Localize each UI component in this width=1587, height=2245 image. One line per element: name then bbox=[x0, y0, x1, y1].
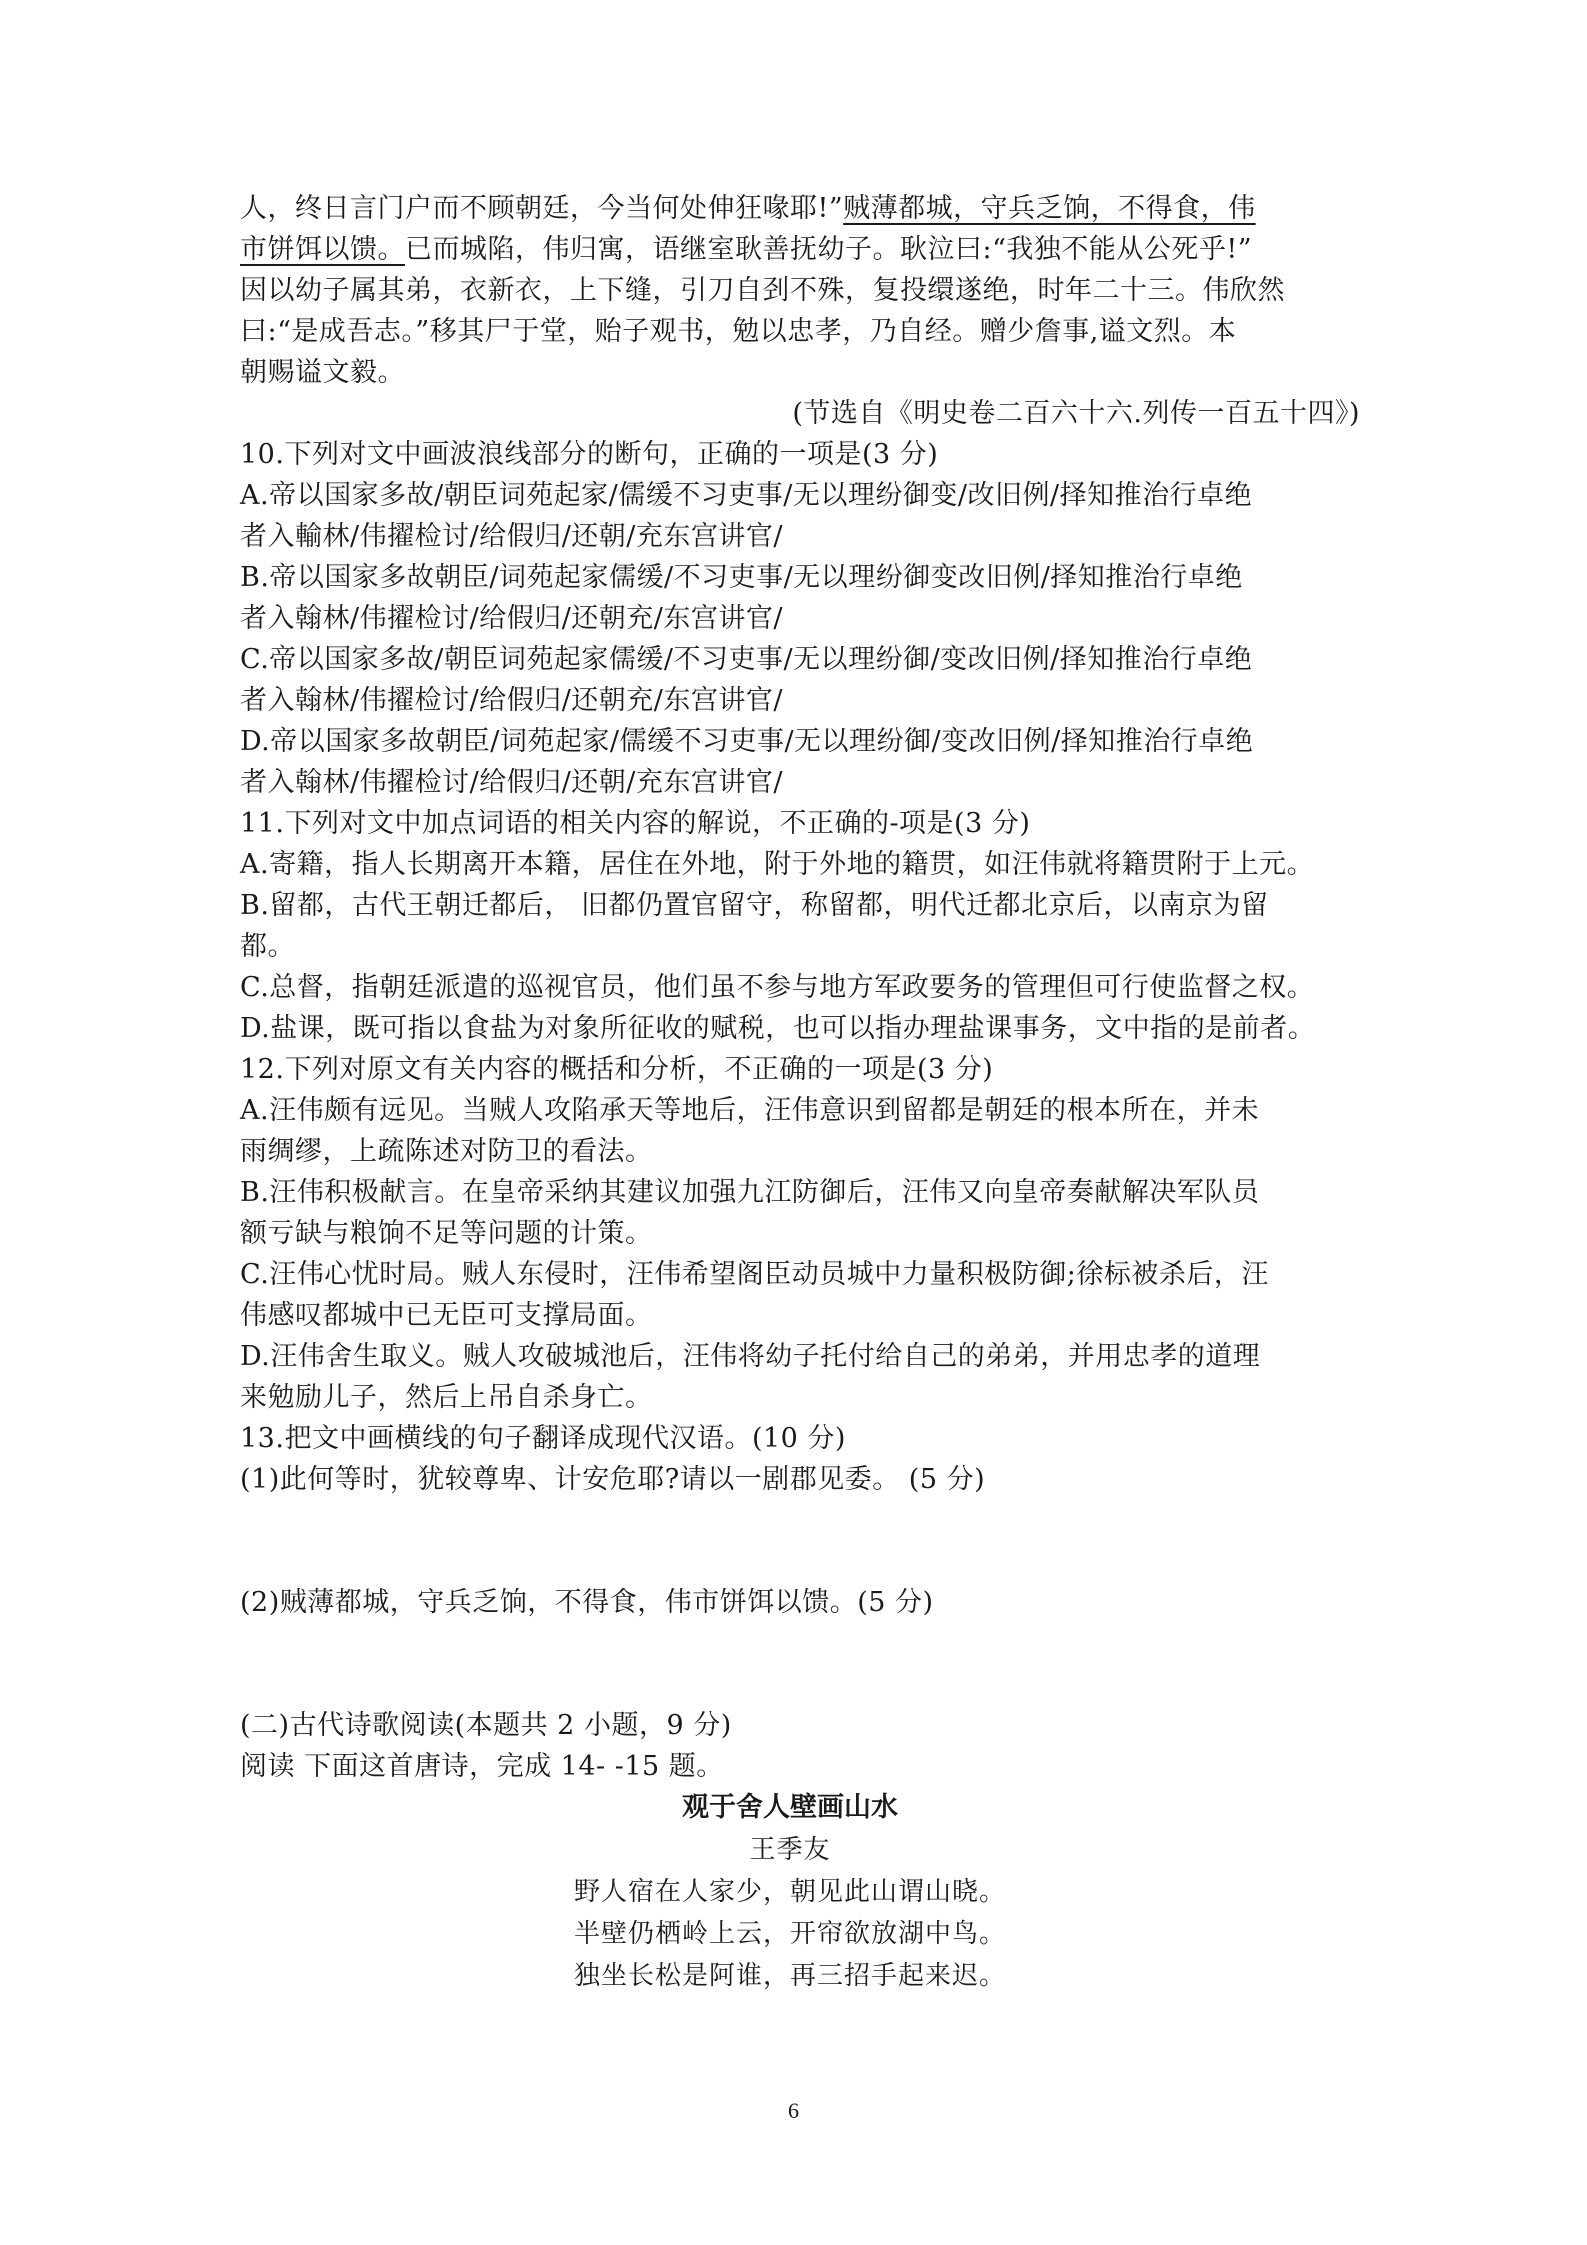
q12-option-d: D.汪伟舍生取义。贼人攻破城池后，汪伟将幼子托付给自己的弟弟，并用忠孝的道理 bbox=[240, 1336, 1360, 1377]
passage-source: (节选自《明史卷二百六十六.列传一百五十四》) bbox=[240, 393, 1360, 434]
question-10-stem: 10.下列对文中画波浪线部分的断句，正确的一项是(3 分) bbox=[240, 434, 1360, 475]
answer-space bbox=[240, 1623, 1360, 1705]
question-12-stem: 12.下列对原文有关内容的概括和分析，不正确的一项是(3 分) bbox=[240, 1049, 1360, 1090]
document-page: 人，终日言门户而不顾朝廷，今当何处伸狂喙耶!”贼薄都城，守兵乏饷，不得食，伟 市… bbox=[240, 188, 1360, 1997]
q12-option-b-cont: 额亏缺与粮饷不足等问题的计策。 bbox=[240, 1213, 1360, 1254]
q12-option-a-cont: 雨绸缪，上疏陈述对防卫的看法。 bbox=[240, 1131, 1360, 1172]
answer-space bbox=[240, 1500, 1360, 1582]
q12-option-a: A.汪伟颇有远见。当贼人攻陷承天等地后，汪伟意识到留都是朝廷的根本所在，并未 bbox=[240, 1090, 1360, 1131]
page-number: 6 bbox=[0, 2098, 1587, 2124]
q11-option-b: B.留都，古代王朝迁都后， 旧都仍置官留守，称留都，明代迁都北京后，以南京为留 bbox=[240, 885, 1360, 926]
q10-option-c-cont: 者入翰林/伟擢检讨/给假归/还朝充/东宫讲官/ bbox=[240, 680, 1360, 721]
q11-option-c: C.总督，指朝廷派遣的巡视官员，他们虽不参与地方军政要务的管理但可行使监督之权。 bbox=[240, 967, 1360, 1008]
q12-option-b: B.汪伟积极献言。在皇帝采纳其建议加强九江防御后，汪伟又向皇帝奏献解决军队员 bbox=[240, 1172, 1360, 1213]
poem-line: 半壁仍栖岭上云，开帘欲放湖中鸟。 bbox=[240, 1913, 1340, 1955]
q10-option-c: C.帝以国家多故/朝臣词苑起家儒缓/不习吏事/无以理纷御/变改旧例/择知推治行卓… bbox=[240, 639, 1360, 680]
underlined-sentence: 贼薄都城，守兵乏饷，不得食，伟 bbox=[843, 193, 1256, 224]
passage-line: 曰:“是成吾志。”移其尸于堂，贻子观书，勉以忠孝，乃自经。赠少詹事,谥文烈。本 bbox=[240, 311, 1360, 352]
section-heading: (二)古代诗歌阅读(本题共 2 小题，9 分) bbox=[240, 1705, 1360, 1746]
poem-line: 独坐长松是阿谁，再三招手起来迟。 bbox=[240, 1955, 1340, 1997]
passage-text: 人，终日言门户而不顾朝廷，今当何处伸狂喙耶!” bbox=[240, 193, 843, 224]
q12-option-c: C.汪伟心忧时局。贼人东侵时，汪伟希望阁臣动员城中力量积极防御;徐标被杀后，汪 bbox=[240, 1254, 1360, 1295]
q12-option-c-cont: 伟感叹都城中已无臣可支撑局面。 bbox=[240, 1295, 1360, 1336]
section-instruction: 阅读 下面这首唐诗，完成 14- -15 题。 bbox=[240, 1746, 1360, 1787]
underlined-sentence: 市饼饵以馈。 bbox=[240, 234, 405, 265]
passage-line: 人，终日言门户而不顾朝廷，今当何处伸狂喙耶!”贼薄都城，守兵乏饷，不得食，伟 bbox=[240, 188, 1360, 229]
q11-option-d: D.盐课，既可指以食盐为对象所征收的赋税，也可以指办理盐课事务，文中指的是前者。 bbox=[240, 1008, 1360, 1049]
q10-option-d: D.帝以国家多故朝臣/词苑起家/儒缓不习吏事/无以理纷御/变改旧例/择知推治行卓… bbox=[240, 721, 1360, 762]
q10-option-b-cont: 者入翰林/伟擢检讨/给假归/还朝充/东宫讲官/ bbox=[240, 598, 1360, 639]
q10-option-a: A.帝以国家多故/朝臣词苑起家/儒缓不习吏事/无以理纷御变/改旧例/择知推治行卓… bbox=[240, 475, 1360, 516]
q13-sentence-2: (2)贼薄都城，守兵乏饷，不得食，伟市饼饵以馈。(5 分) bbox=[240, 1582, 1360, 1623]
question-13-stem: 13.把文中画横线的句子翻译成现代汉语。(10 分) bbox=[240, 1418, 1360, 1459]
q11-option-b-cont: 都。 bbox=[240, 926, 1360, 967]
q10-option-a-cont: 者入輸林/伟擢检讨/给假归/还朝/充东宫讲官/ bbox=[240, 516, 1360, 557]
q11-option-a: A.寄籍，指人长期离开本籍，居住在外地，附于外地的籍贯，如汪伟就将籍贯附于上元。 bbox=[240, 844, 1360, 885]
question-11-stem: 11.下列对文中加点词语的相关内容的解说，不正确的-项是(3 分) bbox=[240, 803, 1360, 844]
q12-option-d-cont: 来勉励儿子，然后上吊自杀身亡。 bbox=[240, 1377, 1360, 1418]
q13-sentence-1: (1)此何等时，犹较尊卑、计安危耶?请以一剧郡见委。 (5 分) bbox=[240, 1459, 1360, 1500]
passage-text: 已而城陷，伟归寓，语继室耿善抚幼子。耿泣曰:“我独不能从公死乎!” bbox=[405, 234, 1252, 265]
q10-option-b: B.帝以国家多故朝臣/词苑起家儒缓/不习吏事/无以理纷御变改旧例/择知推治行卓绝 bbox=[240, 557, 1360, 598]
passage-line: 市饼饵以馈。已而城陷，伟归寓，语继室耿善抚幼子。耿泣曰:“我独不能从公死乎!” bbox=[240, 229, 1360, 270]
poem-line: 野人宿在人家少，朝见此山谓山晓。 bbox=[240, 1871, 1340, 1913]
poem-author: 王季友 bbox=[240, 1829, 1340, 1871]
poem-title: 观于舍人壁画山水 bbox=[240, 1787, 1340, 1829]
passage-line: 朝赐谥文毅。 bbox=[240, 352, 1360, 393]
passage-line: 因以幼子属其弟，衣新衣，上下缝，引刀自刭不殊，复投缳遂绝，时年二十三。伟欣然 bbox=[240, 270, 1360, 311]
q10-option-d-cont: 者入翰林/伟擢检讨/给假归/还朝/充东宫讲官/ bbox=[240, 762, 1360, 803]
